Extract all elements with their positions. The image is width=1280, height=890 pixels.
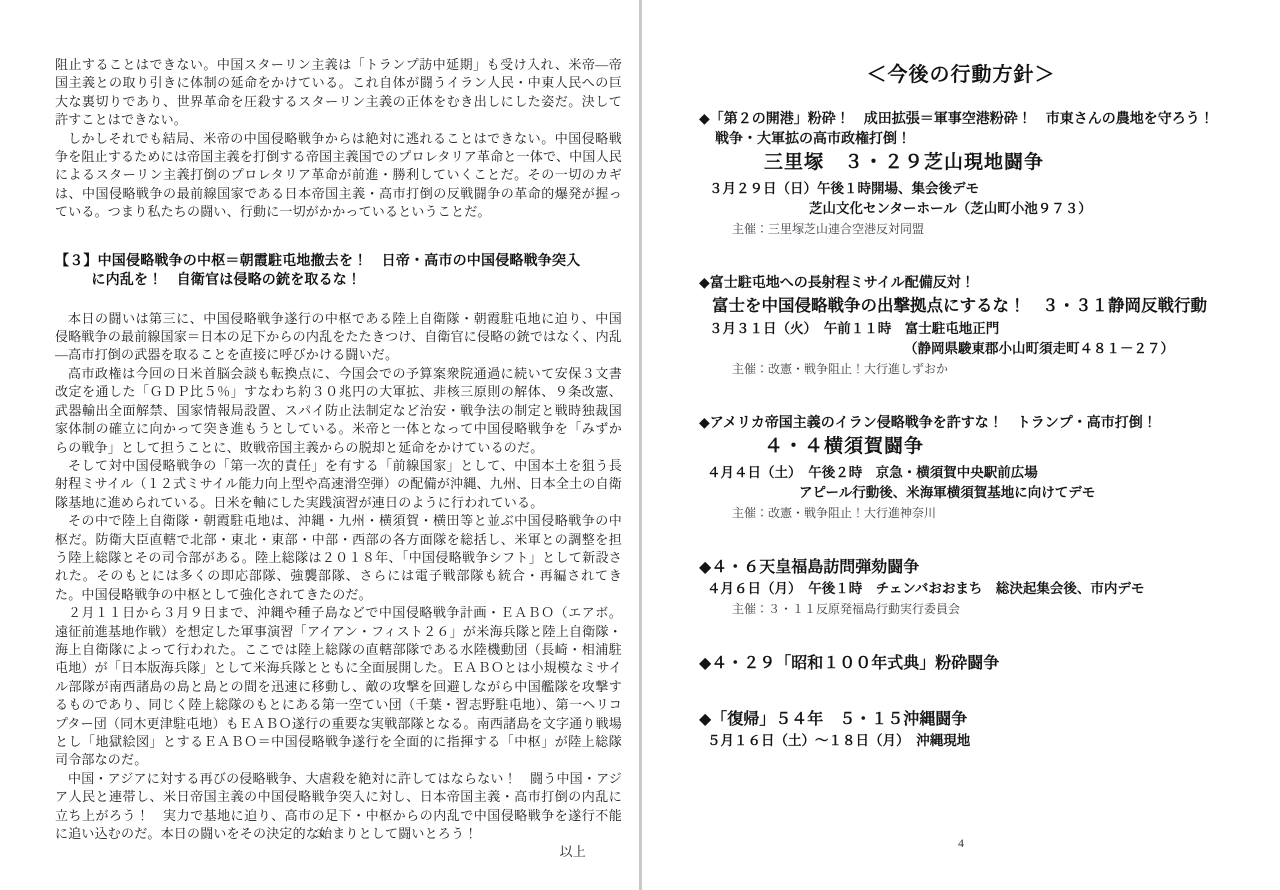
action-section-yokosuka: ◆アメリカ帝国主義のイラン侵略戦争を許すな！ トランプ・高市打倒！ ４・４横須賀… [642, 412, 1280, 523]
page-3-body-text: 阻止することはできない。中国スターリン主義は「トランプ訪中延期」も受け入れ、米帝… [55, 56, 622, 862]
event-date-line: ４月６日（月） 午後１時 チェンバおおまち 総決起集会後、市内デモ [642, 579, 1280, 599]
event-venue-line: 芝山文化センターホール（芝山町小池９７３） [642, 199, 1280, 219]
event-organizer-line: 主催：３・１１反原発福島行動実行委員会 [642, 600, 1280, 619]
page-number-3: 3 [0, 826, 639, 841]
event-date-line: ４月４日（土） 午後２時 京急・横須賀中央駅前広場 [642, 463, 1280, 483]
section-bullet-line: ◆アメリカ帝国主義のイラン侵略戦争を許すな！ トランプ・高市打倒！ [642, 412, 1280, 432]
event-organizer-line: 主催：改憲・戦争阻止！大行進しずおか [642, 360, 1280, 379]
paragraph: その中で陸上自衛隊・朝霞駐屯地は、沖縄・九州・横須賀・横田等と並ぶ中国侵略戦争の… [55, 512, 622, 604]
event-date-line: ３月２９日（日）午後１時開場、集会後デモ [642, 179, 1280, 199]
event-venue-line: （静岡県駿東郡小山町須走町４８１－２７） [642, 339, 1280, 359]
page-number-4: 4 [642, 836, 1280, 851]
event-date-line: ３月３１日（火） 午前１１時 富士駐屯地正門 [642, 319, 1280, 339]
action-section-sanrizuka: ◆「第２の開港」粉砕！ 成田拡張＝軍事空港粉砕！ 市東さんの農地を守ろう！ 戦争… [642, 108, 1280, 239]
section-bullet-line: ◆４・２９「昭和１００年式典」粉砕闘争 [642, 652, 1280, 675]
action-section-fukushima: ◆４・６天皇福島訪問弾劾闘争 ４月６日（月） 午後１時 チェンバおおまち 総決起… [642, 556, 1280, 619]
page-4: ＜今後の行動方針＞ ◆「第２の開港」粉砕！ 成田拡張＝軍事空港粉砕！ 市東さんの… [642, 0, 1280, 890]
action-plan-sections: ◆「第２の開港」粉砕！ 成田拡張＝軍事空港粉砕！ 市東さんの農地を守ろう！ 戦争… [642, 108, 1280, 784]
action-plan-title: ＜今後の行動方針＞ [642, 58, 1280, 87]
event-organizer-line: 主催：三里塚芝山連合空港反対同盟 [642, 220, 1280, 239]
paragraph: 本日の闘いは第三に、中国侵略戦争遂行の中枢である陸上自衛隊・朝霞駐屯地に迫り、中… [55, 310, 622, 365]
document-spread: 阻止することはできない。中国スターリン主義は「トランプ訪中延期」も受け入れ、米帝… [0, 0, 1280, 890]
event-headline: 富士を中国侵略戦争の出撃拠点にするな！ ３・３１静岡反戦行動 [642, 294, 1280, 318]
section-heading-line2: に内乱を！ 自衛官は侵略の銃を取るな！ [55, 270, 622, 289]
event-headline: ４・４横須賀闘争 [642, 434, 1280, 460]
section-heading: 【３】中国侵略戦争の中枢＝朝霞駐屯地撤去を！ 日帝・高市の中国侵略戦争突入 に内… [55, 251, 622, 289]
section-heading-line1: 【３】中国侵略戦争の中枢＝朝霞駐屯地撤去を！ 日帝・高市の中国侵略戦争突入 [55, 251, 622, 270]
paragraph: そして対中国侵略戦争の「第一次的責任」を有する「前線国家」として、中国本土を狙う… [55, 457, 622, 512]
section-bullet-line: ◆「第２の開港」粉砕！ 成田拡張＝軍事空港粉砕！ 市東さんの農地を守ろう！ [642, 108, 1280, 128]
page-3: 阻止することはできない。中国スターリン主義は「トランプ訪中延期」も受け入れ、米帝… [0, 0, 639, 890]
closing-statement: 以上 [55, 843, 622, 861]
event-date-line: ５月１６日（土）～１８日（月） 沖縄現地 [642, 731, 1280, 751]
section-bullet-line: ◆富士駐屯地への長射程ミサイル配備反対！ [642, 272, 1280, 292]
action-section-okinawa: ◆「復帰」５４年 ５・１５沖縄闘争 ５月１６日（土）～１８日（月） 沖縄現地 [642, 708, 1280, 751]
event-demo-line: アピール行動後、米海軍横須賀基地に向けてデモ [642, 483, 1280, 503]
event-organizer-line: 主催：改憲・戦争阻止！大行進神奈川 [642, 504, 1280, 523]
paragraph: 阻止することはできない。中国スターリン主義は「トランプ訪中延期」も受け入れ、米帝… [55, 56, 622, 130]
paragraph: ２月１１日から３月９日まで、沖縄や種子島などで中国侵略戦争計画・ＥＡＢＯ（エアボ… [55, 604, 622, 770]
action-section-showa-ceremony: ◆４・２９「昭和１００年式典」粉砕闘争 [642, 652, 1280, 675]
section-bullet-line: ◆４・６天皇福島訪問弾劾闘争 [642, 556, 1280, 579]
paragraph: 高市政権は今回の日米首脳会談も転換点に、今国会での予算案衆院通過に続いて安保３文… [55, 365, 622, 457]
section-bullet-line: ◆「復帰」５４年 ５・１５沖縄闘争 [642, 708, 1280, 731]
paragraph: しかしそれでも結局、米帝の中国侵略戦争からは絶対に逃れることはできない。中国侵略… [55, 130, 622, 222]
action-section-fuji: ◆富士駐屯地への長射程ミサイル配備反対！ 富士を中国侵略戦争の出撃拠点にするな！… [642, 272, 1280, 379]
section-bullet-subline: 戦争・大軍拡の高市政権打倒！ [642, 128, 1280, 148]
event-headline: 三里塚 ３・２９芝山現地闘争 [642, 150, 1280, 176]
